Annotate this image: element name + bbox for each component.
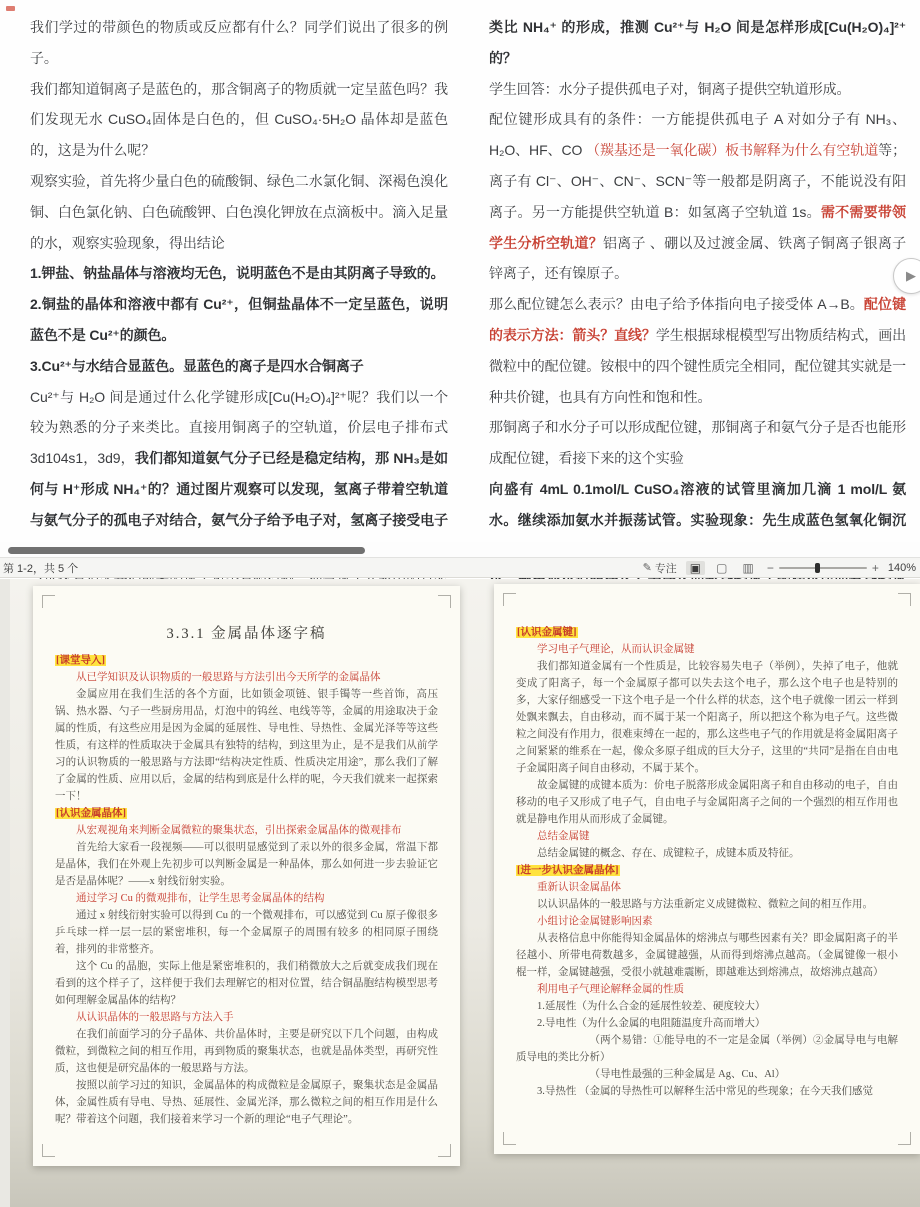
focus-mode-button[interactable]: ✎ 专注 [643, 560, 677, 576]
paragraph: 金属应用在我们生活的各个方面，比如锁金项链、银手镯等一些首饰，高压锅、热水器、勺… [55, 686, 438, 805]
pen-icon: ✎ [643, 561, 652, 574]
zoom-control: − + [767, 561, 879, 575]
text-run: 按照以前学习过的知识，金属晶体的构成微粒是金属原子，聚集状态是金属晶体，金属性质… [55, 1080, 438, 1125]
text-run: 3.导热性 （金属的导热性可以解释生活中常见的些现象；在今天我们感觉 [537, 1086, 873, 1097]
zoom-out-button[interactable]: − [767, 561, 774, 575]
paragraph: 小组讨论金属键影响因素 [516, 913, 898, 930]
horizontal-scrollbar-thumb[interactable] [8, 547, 365, 554]
text-run: 金属应用在我们生活的各个方面，比如锁金项链、银手镯等一些首饰，高压锅、热水器、勺… [55, 689, 438, 802]
paragraph: （导电性最强的三种金属是 Ag、Cu、Al） [590, 1066, 899, 1083]
paragraph: 按照以前学习过的知识，金属晶体的构成微粒是金属原子，聚集状态是金属晶体，金属性质… [55, 1077, 438, 1128]
paragraph: （两个易错：①能导电的不一定是金属（举例）②金属导电与电解质导电的类比分析） [516, 1032, 898, 1066]
paragraph: 1.钾盐、钠盐晶体与溶液均无色，说明蓝色不是由其阴离子导致的。 [30, 258, 448, 289]
text-run: 学生回答：水分子提供孤电子对，铜离子提供空轨道形成。 [489, 81, 850, 97]
paragraph: 那铜离子和水分子可以形成配位键，那铜离子和氨气分子是否也能形成配位键，看接下来的… [489, 412, 906, 474]
doc-column-left: 我们学过的带颜色的物质或反应都有什么？同学们说出了很多的例子。我们都知道铜离子是… [30, 12, 448, 628]
paragraph: 3.Cu²⁺与水结合显蓝色。显蓝色的离子是四水合铜离子 [30, 351, 448, 382]
paragraph: 我们都知道金属有一个性质是，比较容易失电子（举例），失掉了电子，他就变成了阳离子… [516, 658, 898, 777]
paragraph: 以认识晶体的一般思路与方法重新定义成键微粒、微粒之间的相互作用。 [516, 896, 898, 913]
corner-artifact [6, 6, 15, 11]
paragraph: 我们都知道铜离子是蓝色的，那含铜离子的物质就一定呈蓝色吗？我们发现无水 CuSO… [30, 74, 448, 166]
page-title: 3.3.1 金属晶体逐字稿 [55, 626, 438, 643]
chevron-right-icon: ▶ [906, 268, 916, 284]
scanned-pages-view: 3.3.1 金属晶体逐字稿[课堂导入]从已学知识及认识物质的一般思路与方法引出今… [0, 579, 920, 1207]
document-view-top: 我们学过的带颜色的物质或反应都有什么？同学们说出了很多的例子。我们都知道铜离子是… [0, 0, 920, 546]
text-run: 以认识晶体的一般思路与方法重新定义成键微粒、微粒之间的相互作用。 [537, 899, 873, 910]
text-run: 学习电子气理论，从而认识金属键 [537, 644, 695, 655]
paragraph: 首先给大家看一段视频——可以很明显感觉到了汞以外的很多金属，常温下都是晶体，我们… [55, 839, 438, 890]
text-run: （两个易错：①能导电的不一定是金属（举例）②金属导电与电解质导电的类比分析） [516, 1035, 898, 1063]
paragraph: 总结金属键的概念、存在、成键粒子，成键本质及特征。 [516, 845, 898, 862]
text-run: 3.3.1 金属晶体逐字稿 [166, 626, 326, 642]
text-run: 这个 Cu 的晶胞，实际上他是紧密堆积的，我们稍微放大之后就变成我们现在看到的这… [55, 961, 438, 1006]
zoom-percentage: 140% [888, 562, 916, 574]
view-double-page-icon[interactable]: ▢ [712, 561, 731, 575]
paragraph: 利用电子气理论解释金属的性质 [516, 981, 898, 998]
text-run: 通过学习 Cu 的微观排布，让学生思考金属晶体的结构 [76, 893, 325, 904]
paragraph: 3.导热性 （金属的导热性可以解释生活中常见的些现象；在今天我们感觉 [516, 1083, 898, 1100]
text-run: （导电性最强的三种金属是 Ag、Cu、Al） [590, 1069, 786, 1080]
paragraph: 从认识晶体的一般思路与方法入手 [55, 1009, 438, 1026]
text-run: 从表格信息中你能得知金属晶体的熔沸点与哪些因素有关？即金属阳离子的半径越小、所带… [516, 933, 898, 978]
paragraph: 从已学知识及认识物质的一般思路与方法引出今天所学的金属晶体 [55, 669, 438, 686]
paragraph: 在我们前面学习的分子晶体、共价晶体时，主要是研究以下几个问题，由构成微粒，到微粒… [55, 1026, 438, 1077]
text-run: 利用电子气理论解释金属的性质 [537, 984, 684, 995]
highlighted-heading: [课堂导入] [55, 655, 106, 666]
paragraph: 我们学过的带颜色的物质或反应都有什么？同学们说出了很多的例子。 [30, 12, 448, 74]
highlighted-heading: [认识金属键] [516, 627, 578, 638]
paragraph: 从宏观视角来判断金属微粒的聚集状态，引出探索金属晶体的微观排布 [55, 822, 438, 839]
paragraph: 那么配位键怎么表示？由电子给予体指向电子接受体 A→B。配位键的表示方法：箭头？… [489, 289, 906, 412]
text-run: 总结金属键的概念、存在、成键粒子，成键本质及特征。 [537, 848, 800, 859]
text-run: 我们都知道铜离子是蓝色的，那含铜离子的物质就一定呈蓝色吗？我们发现无水 CuSO… [30, 81, 448, 159]
text-run: 首先给大家看一段视频——可以很明显感觉到了汞以外的很多金属，常温下都是晶体，我们… [55, 842, 438, 887]
page-count-status: 第 1-2，共 5 个 [3, 560, 78, 576]
paragraph: 2.导电性（为什么金属的电阻随温度升高而增大） [516, 1015, 898, 1032]
paragraph: 学习电子气理论，从而认识金属键 [516, 641, 898, 658]
text-run: 1.延展性（为什么合金的延展性较差、硬度较大） [537, 1001, 765, 1012]
paragraph: 2.铜盐的晶体和溶液中都有 Cu²⁺，但铜盐晶体不一定呈蓝色，说明蓝色不是 Cu… [30, 289, 448, 351]
view-continuous-icon[interactable]: ▥ [738, 561, 757, 575]
horizontal-scrollbar-track[interactable] [0, 542, 920, 557]
text-run: 通过 x 射线衍射实验可以得到 Cu 的一个微观排布，可以感觉到 Cu 原子像很… [55, 910, 438, 955]
paragraph: [进一步认识金属晶体] [516, 862, 898, 879]
view-single-page-icon[interactable]: ▣ [686, 561, 705, 575]
text-run: 在我们前面学习的分子晶体、共价晶体时，主要是研究以下几个问题，由构成微粒，到微粒… [55, 1029, 438, 1074]
paragraph: 配位键形成具有的条件：一方能提供孤电子 A 对如分子有 NH₃、H₂O、HF、C… [489, 104, 906, 289]
text-run: 我们学过的带颜色的物质或反应都有什么？同学们说出了很多的例子。 [30, 19, 448, 66]
paragraph: 这个 Cu 的晶胞，实际上他是紧密堆积的，我们稍微放大之后就变成我们现在看到的这… [55, 958, 438, 1009]
scanned-page-left: 3.3.1 金属晶体逐字稿[课堂导入]从已学知识及认识物质的一般思路与方法引出今… [33, 586, 460, 1166]
text-run: 小组讨论金属键影响因素 [537, 916, 653, 927]
scanned-page-right: [认识金属键]学习电子气理论，从而认识金属键我们都知道金属有一个性质是，比较容易… [494, 584, 920, 1154]
paragraph: 故金属键的成键本质为：价电子脱落形成金属阳离子和自由移动的电子，自由移动的电子又… [516, 777, 898, 828]
paragraph: 通过学习 Cu 的微观排布，让学生思考金属晶体的结构 [55, 890, 438, 907]
page-right-content: [认识金属键]学习电子气理论，从而认识金属键我们都知道金属有一个性质是，比较容易… [494, 584, 920, 1154]
text-run: 1.钾盐、钠盐晶体与溶液均无色，说明蓝色不是由其阴离子导致的。 [30, 265, 445, 281]
focus-mode-label: 专注 [655, 560, 677, 576]
left-gutter [0, 579, 10, 1207]
highlighted-heading: [进一步认识金属晶体] [516, 865, 620, 876]
paragraph: 通过 x 射线衍射实验可以得到 Cu 的一个微观排布，可以感觉到 Cu 原子像很… [55, 907, 438, 958]
paragraph: 1.延展性（为什么合金的延展性较差、硬度较大） [516, 998, 898, 1015]
text-run: 重新认识金属晶体 [537, 882, 621, 893]
zoom-slider-track[interactable] [779, 567, 867, 569]
paragraph: [课堂导入] [55, 652, 438, 669]
text-run: （羰基还是一氧化碳）板书解释为什么有空轨道 [586, 142, 878, 158]
text-run: 从已学知识及认识物质的一般思路与方法引出今天所学的金属晶体 [76, 672, 381, 683]
paragraph: 类比 NH₄⁺ 的形成，推测 Cu²⁺与 H₂O 间是怎样形成[Cu(H₂O)₄… [489, 12, 906, 74]
text-run: 我们都知道金属有一个性质是，比较容易失电子（举例），失掉了电子，他就变成了阳离子… [516, 661, 898, 774]
text-run: 3.Cu²⁺与水结合显蓝色。显蓝色的离子是四水合铜离子 [30, 358, 364, 374]
highlighted-heading: [认识金属晶体] [55, 808, 127, 819]
text-run: 2.导电性（为什么金属的电阻随温度升高而增大） [537, 1018, 765, 1029]
paragraph: 重新认识金属晶体 [516, 879, 898, 896]
status-bar-controls: ✎ 专注 ▣ ▢ ▥ − + 140% [643, 560, 916, 576]
text-run: 总结金属键 [537, 831, 590, 842]
zoom-in-button[interactable]: + [872, 561, 879, 575]
view-mode-group: ▣ ▢ ▥ [686, 561, 758, 575]
text-run: 类比 NH₄⁺ 的形成，推测 Cu²⁺与 H₂O 间是怎样形成[Cu(H₂O)₄… [489, 19, 906, 66]
paragraph: [认识金属晶体] [55, 805, 438, 822]
paragraph: 观察实验，首先将少量白色的硫酸铜、绿色二水氯化铜、深褐色溴化铜、白色氯化钠、白色… [30, 166, 448, 258]
status-bar: 第 1-2，共 5 个 ✎ 专注 ▣ ▢ ▥ − + 140% [0, 557, 920, 578]
text-run: 从宏观视角来判断金属微粒的聚集状态，引出探索金属晶体的微观排布 [76, 825, 402, 836]
text-run: 那么配位键怎么表示？由电子给予体指向电子接受体 A→B。 [489, 296, 864, 312]
text-run: 那铜离子和水分子可以形成配位键，那铜离子和氨气分子是否也能形成配位键，看接下来的… [489, 419, 906, 466]
paragraph: 总结金属键 [516, 828, 898, 845]
text-run: 2.铜盐的晶体和溶液中都有 Cu²⁺，但铜盐晶体不一定呈蓝色，说明蓝色不是 Cu… [30, 296, 448, 343]
paragraph: [认识金属键] [516, 624, 898, 641]
text-run: 观察实验，首先将少量白色的硫酸铜、绿色二水氯化铜、深褐色溴化铜、白色氯化钠、白色… [30, 173, 448, 251]
zoom-slider-thumb[interactable] [815, 563, 820, 573]
page-left-content: 3.3.1 金属晶体逐字稿[课堂导入]从已学知识及认识物质的一般思路与方法引出今… [33, 586, 460, 1166]
text-run: 故金属键的成键本质为：价电子脱落形成金属阳离子和自由移动的电子，自由移动的电子又… [516, 780, 898, 825]
paragraph: 从表格信息中你能得知金属晶体的熔沸点与哪些因素有关？即金属阳离子的半径越小、所带… [516, 930, 898, 981]
text-run: 从认识晶体的一般思路与方法入手 [76, 1012, 234, 1023]
paragraph: 学生回答：水分子提供孤电子对，铜离子提供空轨道形成。 [489, 74, 906, 105]
